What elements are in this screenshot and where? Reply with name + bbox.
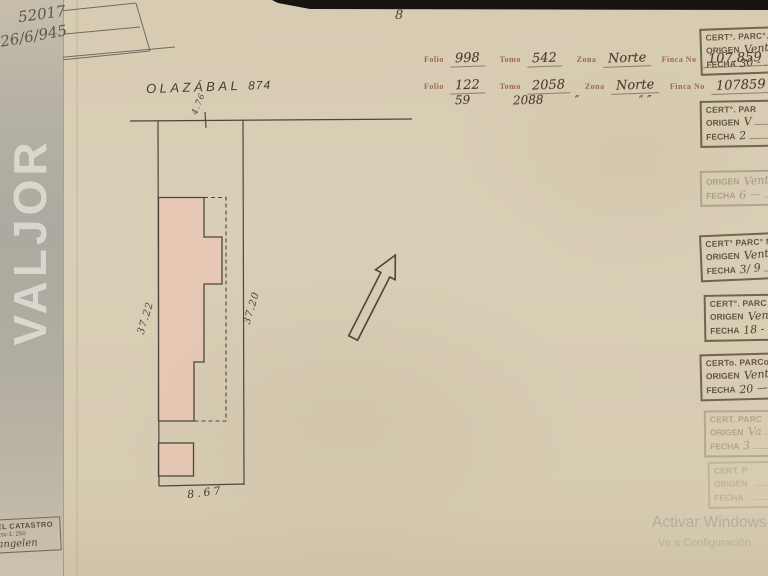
folio-value: 998 xyxy=(450,50,485,67)
fecha-value: 20 — xyxy=(739,381,768,397)
fecha-label: FECHA xyxy=(706,189,735,202)
tomo-value: 542 xyxy=(527,50,562,67)
origen-value: Venta xyxy=(743,173,768,189)
origen-label: ORIGEN xyxy=(706,117,740,130)
fecha-label: FECHA xyxy=(714,492,743,505)
fecha-value: 3/ 9 xyxy=(739,261,762,276)
origen-value: Va xyxy=(747,425,761,439)
origen-label: ORIGEN xyxy=(710,311,744,324)
fecha-value: 2 xyxy=(739,129,747,143)
fecha-label: FECHA xyxy=(706,58,736,72)
tomo-label: Tomo xyxy=(500,82,521,91)
cert-stamp-1: CERT°. PARC°. N ORIGENVenta FECHA30 - xyxy=(699,25,768,76)
fecha-value: 6 — xyxy=(739,187,762,202)
cert-stamp-7: CERT. PARC ORIGENVa FECHA3 xyxy=(704,410,768,458)
origen-label: ORIGEN xyxy=(706,175,740,188)
zona-label: Zona xyxy=(585,82,605,91)
catastro-signature: angelen xyxy=(0,536,58,550)
tomo-label: Tomo xyxy=(500,55,521,64)
origen-label: ORIGEN xyxy=(710,427,744,440)
finca-label: Finca No xyxy=(662,55,697,64)
folio-label: Folio xyxy=(424,82,444,91)
cert-stamp-3: ORIGENVenta FECHA6 — xyxy=(700,169,768,206)
scan-edge-strip xyxy=(272,0,768,10)
fecha-value: 18 - xyxy=(743,322,765,337)
windows-activation-watermark: Activar Windows xyxy=(652,514,767,532)
origen-label: ORIGEN xyxy=(714,478,748,491)
folio-correction: 59 xyxy=(450,93,476,108)
cert-stamp-8: CERT. P ORIGEN FECHA xyxy=(708,460,768,509)
fecha-label: FECHA xyxy=(710,440,739,453)
origen-label: ORIGEN xyxy=(706,44,740,58)
cert-stamp-6: CERTo. PARCo. N ORIGENVenta FECHA20 — xyxy=(699,352,768,402)
north-arrow-icon xyxy=(343,250,405,343)
folio-label: Folio xyxy=(424,55,444,64)
fecha-label: FECHA xyxy=(706,384,736,398)
zona-ditto: ″ xyxy=(570,93,585,107)
origen-value: V xyxy=(743,115,752,129)
rear-building-footprint xyxy=(159,443,194,476)
finca-label: Finca No xyxy=(670,82,705,91)
tomo-correction: 2088 xyxy=(508,92,549,107)
registry-row-2: Folio 122 Tomo 2058 Zona Norte Finca No … xyxy=(424,76,768,94)
page-number: 8 xyxy=(395,8,403,23)
stamp-title: CERT°. PAR xyxy=(706,103,768,116)
building-footprint xyxy=(159,198,223,422)
zona-label: Zona xyxy=(577,55,597,64)
street-number: 874 xyxy=(248,78,272,93)
catastro-office-stamp: EL CATASTRO Esc-1: 250 angelen xyxy=(0,516,62,554)
finca-value: 107859 xyxy=(711,77,768,95)
fecha-label: FECHA xyxy=(706,131,735,144)
origen-label: ORIGEN xyxy=(706,370,740,384)
zona-value: Norte xyxy=(603,50,652,68)
fecha-value: 3 xyxy=(743,439,751,453)
fecha-value: 30 - xyxy=(739,55,761,70)
cert-stamp-5: CERT°. PARC ORIGENVenta FECHA18 - xyxy=(704,293,768,342)
finca-ditto: ″ ″ xyxy=(634,93,657,108)
registry-row-3: 59 2088 ″ ″ ″ xyxy=(424,93,684,109)
stamp-title: CERT. P xyxy=(714,464,768,477)
scanned-cadastral-page: VALJOR 52017 26/6/945 8 Folio 998 Tomo 5… xyxy=(0,0,768,576)
origen-label: ORIGEN xyxy=(706,250,740,264)
fecha-label: FECHA xyxy=(710,325,739,338)
cert-stamp-2: CERT°. PAR ORIGENV FECHA2 xyxy=(700,99,768,148)
cert-stamp-4: CERT° PARC° N ORIGENVenta FECHA3/ 9 xyxy=(699,231,768,283)
origen-value: Venta xyxy=(747,308,768,324)
valjor-watermark: VALJOR xyxy=(3,138,57,345)
fecha-label: FECHA xyxy=(706,264,736,278)
windows-activation-hint: Ve a Configuración xyxy=(658,537,751,549)
